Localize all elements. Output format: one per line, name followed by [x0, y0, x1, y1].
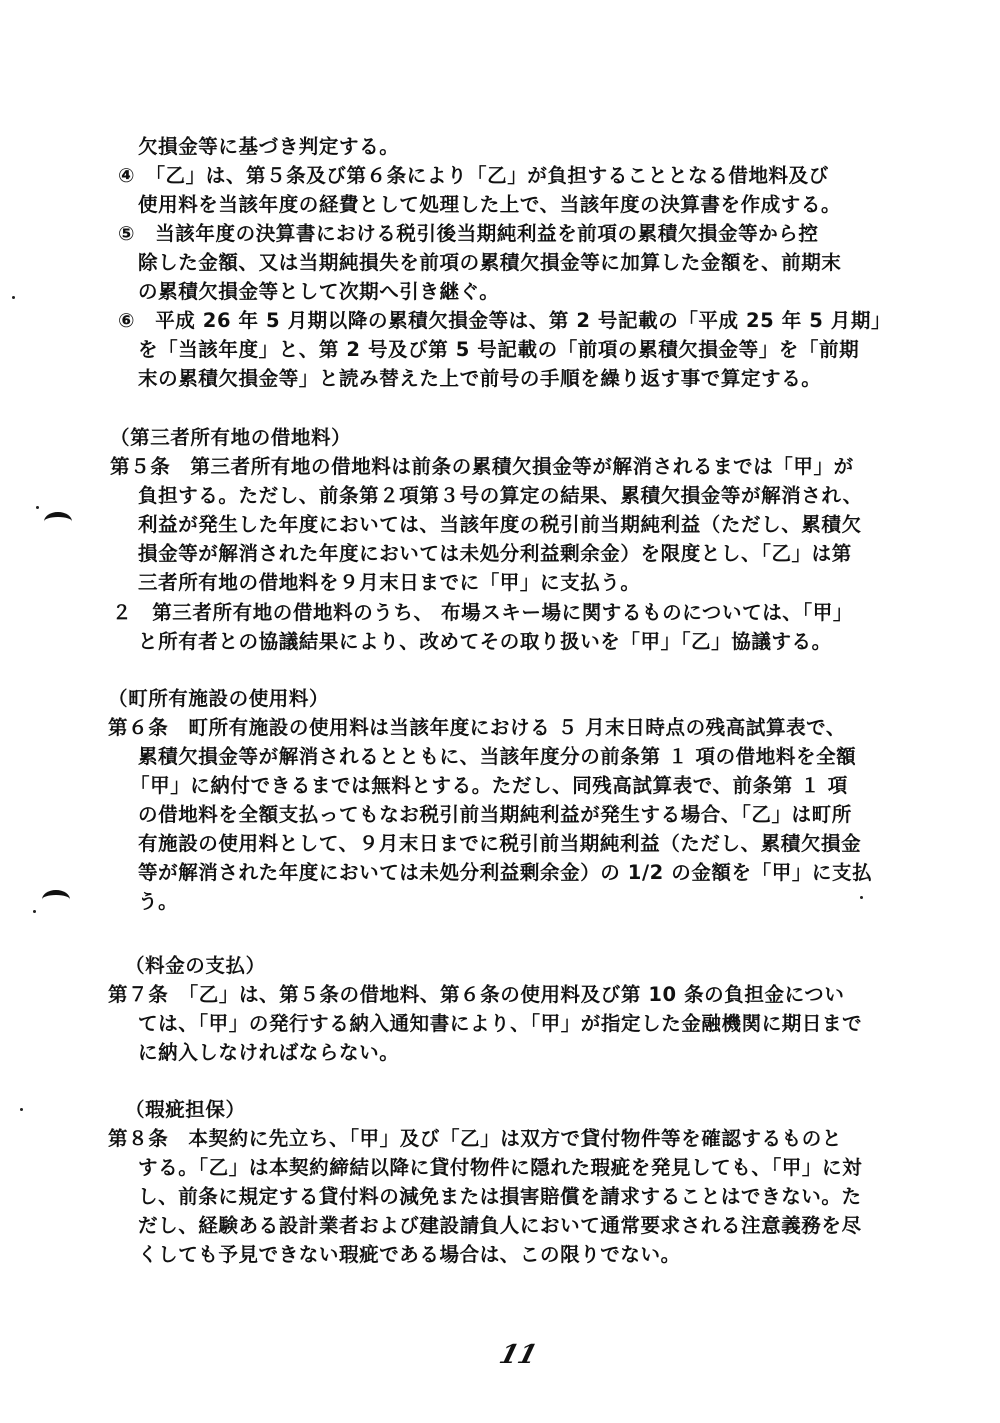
text-line: ④ 「乙」は、第５条及び第６条により「乙」が負担することとなる借地料及び — [118, 163, 829, 189]
article-line: だし、経験ある設計業者および建設請負人において通常要求される注意義務を尽 — [138, 1213, 862, 1239]
text-line: ⑤ 当該年度の決算書における税引後当期純利益を前項の累積欠損金等から控 — [118, 221, 819, 247]
article-line: に納入しなければならない。 — [138, 1040, 399, 1066]
article-line: う。 — [138, 889, 178, 915]
text-line: 欠損金等に基づき判定する。 — [138, 134, 399, 160]
article-line: の借地料を全額支払ってもなお税引前当期純利益が発生する場合、「乙」は町所 — [138, 802, 852, 828]
article-heading: （料金の支払） — [125, 953, 266, 979]
text-line: 使用料を当該年度の経費として処理した上で、当該年度の決算書を作成する。 — [138, 192, 841, 218]
article-line: 三者所有地の借地料を９月末日までに「甲」に支払う。 — [138, 570, 641, 596]
scan-speck — [20, 1108, 23, 1111]
article-line: し、前条に規定する貸付料の減免または損害賠償を請求することはできない。た — [138, 1184, 862, 1210]
article-line: 負担する。ただし、前条第２項第３号の算定の結果、累積欠損金等が解消され、 — [138, 483, 863, 509]
article-line: 等が解消された年度においては未処分利益剰余金）の 1/2 の金額を「甲」に支払 — [138, 860, 872, 886]
punch-hole-mark-bottom — [42, 890, 70, 909]
text-line: 除した金額、又は当期純損失を前項の累積欠損金等に加算した金額を、前期末 — [138, 250, 842, 276]
punch-hole-mark-top — [44, 512, 72, 531]
article-line: 有施設の使用料として、９月末日までに税引前当期純利益（ただし、累積欠損金 — [138, 831, 861, 857]
article-line: くしても予見できない瑕疵である場合は、この限りでない。 — [138, 1242, 681, 1268]
article-line: 第５条 第三者所有地の借地料は前条の累積欠損金等が解消されるまでは「甲」が — [110, 454, 854, 480]
article-line: 「甲」に納付できるまでは無料とする。ただし、同残高試算表で、前条第 １ 項 — [130, 773, 848, 799]
article-line: と所有者との協議結果により、改めてその取り扱いを「甲」「乙」協議する。 — [138, 629, 832, 655]
article-line: 第８条 本契約に先立ち、「甲」及び「乙」は双方で貸付物件等を確認するものと — [108, 1126, 842, 1152]
text-line: の累積欠損金等として次期へ引き継ぐ。 — [138, 279, 499, 305]
scan-speck — [860, 896, 863, 899]
article-heading: （町所有施設の使用料） — [108, 686, 329, 712]
article-line: 第７条 「乙」は、第５条の借地料、第６条の使用料及び第 10 条の負担金につい — [108, 982, 844, 1008]
article-heading: （瑕疵担保） — [125, 1097, 246, 1123]
article-line: 損金等が解消された年度においては未処分利益剰余金）を限度とし、「乙」は第 — [138, 541, 852, 567]
article-line: 利益が発生した年度においては、当該年度の税引前当期純利益（ただし、累積欠 — [138, 512, 862, 538]
scan-speck — [12, 296, 15, 299]
article-line: ては、「甲」の発行する納入通知書により、「甲」が指定した金融機関に期日まで — [138, 1011, 862, 1037]
article-line: 第６条 町所有施設の使用料は当該年度における ５ 月末日時点の残高試算表で、 — [108, 715, 846, 741]
article-line: ２ 第三者所有地の借地料のうち、 布場スキー場に関するものについては、「甲」 — [112, 600, 853, 626]
page-number: 11 — [496, 1340, 540, 1370]
document-page: 欠損金等に基づき判定する。④ 「乙」は、第５条及び第６条により「乙」が負担するこ… — [0, 0, 1000, 1423]
article-heading: （第三者所有地の借地料） — [110, 425, 351, 451]
scan-speck — [33, 910, 36, 913]
scan-speck — [36, 506, 39, 509]
text-line: 末の累積欠損金等」と読み替えた上で前号の手順を繰り返す事で算定する。 — [138, 366, 821, 392]
article-line: する。「乙」は本契約締結以降に貸付物件に隠れた瑕疵を発見しても、「甲」に対 — [138, 1155, 862, 1181]
article-line: 累積欠損金等が解消されるとともに、当該年度分の前条第 １ 項の借地料を全額 — [138, 744, 856, 770]
text-line: を「当該年度」と、第 2 号及び第 5 号記載の「前項の累積欠損金等」を「前期 — [138, 337, 859, 363]
text-line: ⑥ 平成 26 年 5 月期以降の累積欠損金等は、第 2 号記載の「平成 25 … — [118, 308, 891, 334]
